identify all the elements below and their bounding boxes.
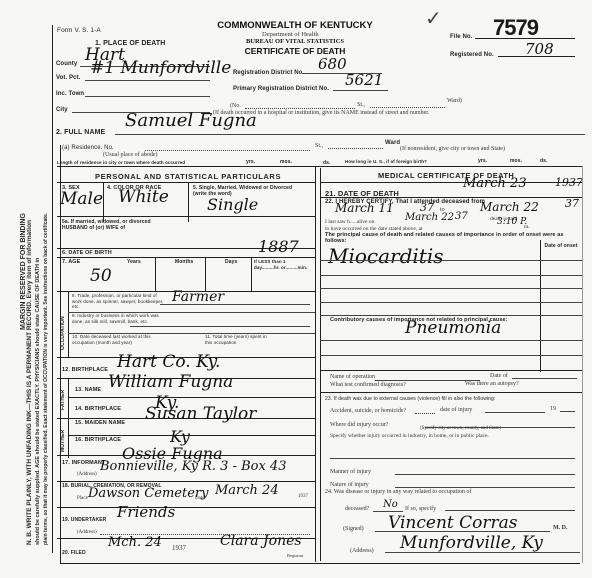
birthplace-label: 12. BIRTHPLACE xyxy=(62,367,108,373)
instruction-line-3: plain terms, so that it may be properly … xyxy=(43,213,49,545)
date-last-worked-label: 10. Date deceased last worked at this oc… xyxy=(72,334,167,345)
date-of-label: Date of xyxy=(490,373,508,379)
spouse-label: 5a. If married, widowed, or divorced HUS… xyxy=(62,219,172,231)
color-race-value: White xyxy=(118,187,169,207)
mother-maiden-label: 15. MAIDEN NAME xyxy=(75,420,125,426)
instruction-line-2: should be carefully supplied. AGE should… xyxy=(35,258,41,545)
where-injury-label: Where did injury occur? xyxy=(330,422,388,428)
age-years-label: Years xyxy=(127,259,141,265)
instruction-line-1: N. B. WRITE PLAINLY, WITH UNFADING INK—T… xyxy=(26,220,33,545)
occupation-side-label: OCCUPATION xyxy=(60,316,66,350)
time-of-death-value: 3:10 P. xyxy=(497,217,527,227)
attended-to-value: March 22 xyxy=(480,200,539,214)
principal-cause-label: The principal cause of death and related… xyxy=(325,232,575,244)
filed-label: 20. FILED xyxy=(62,550,86,556)
undertaker-label: 19. UNDERTAKER xyxy=(62,517,106,523)
occupation-related-label: 24. Was disease or injury in any way rel… xyxy=(325,489,471,495)
mother-birthplace-label: 16. BIRTHPLACE xyxy=(75,437,121,443)
yrs-label: yrs. xyxy=(246,159,255,165)
us-yrs-label: yrs. xyxy=(478,158,487,164)
length-residence-label: Length of residence in city or town wher… xyxy=(57,160,185,165)
full-name-label: 2. FULL NAME xyxy=(56,129,105,136)
primary-registration-label: Primary Registration District No. xyxy=(233,86,329,92)
registration-district-value: 680 xyxy=(318,55,347,73)
father-name-value: William Fugna xyxy=(108,372,233,392)
no-label: (No. xyxy=(230,103,241,109)
physician-address-value: Munfordville, Ky xyxy=(400,533,543,553)
specify-place-label: Specify whether injury occurred in indus… xyxy=(330,433,575,439)
us-ds-label: ds. xyxy=(540,158,548,164)
attended-to-year: 37 xyxy=(565,197,579,210)
us-mos-label: mos. xyxy=(510,158,522,164)
informant-address-value: Bonnieville, Ky R. 3 - Box 43 xyxy=(100,459,286,474)
informant-label: 17. INFORMANT xyxy=(62,460,105,466)
date-of-death-value: March 23 xyxy=(463,176,527,191)
principal-cause-value: Miocarditis xyxy=(328,244,444,268)
last-saw-value: March 22 xyxy=(405,212,454,223)
year-19-label: 19 xyxy=(550,406,556,412)
ward-label: Ward) xyxy=(447,98,462,104)
industry-label: 9. Industry or business in which work wa… xyxy=(72,313,167,324)
personal-heading: PERSONAL AND STATISTICAL PARTICULARS xyxy=(95,172,281,181)
contributory-value: Pneumonia xyxy=(405,318,501,338)
filed-date-value: Mch. 24 xyxy=(108,535,162,550)
date-injury-label: date of injury xyxy=(440,407,472,413)
inc-town-label: Inc. Town xyxy=(56,91,84,97)
attended-from-value: March 11 xyxy=(335,201,394,215)
where-note: (Specify city or town, county, and State… xyxy=(420,426,501,431)
last-saw-year: 37 xyxy=(455,211,468,222)
operation-label: Name of operation xyxy=(330,374,375,380)
m-label: m. xyxy=(524,224,530,230)
filed-year-value: 1937 xyxy=(172,544,186,552)
registration-district-label: Registration District No. xyxy=(233,70,304,76)
residence-ward-label: Ward xyxy=(385,140,400,146)
burial-year-value: 1937 xyxy=(298,494,308,499)
burial-place-value: Dawson Cemetery xyxy=(88,486,208,501)
father-side-label: FATHER xyxy=(60,390,66,410)
autopsy-label: Was there an autopsy? xyxy=(465,381,519,387)
date-of-birth-label: 6. DATE OF BIRTH xyxy=(62,250,112,256)
birthplace-value: Hart Co. Ky. xyxy=(117,352,220,372)
st-label: St., xyxy=(357,102,365,108)
burial-date-value: March 24 xyxy=(215,483,279,498)
manner-injury-label: Manner of injury xyxy=(330,469,371,475)
age-less-label: If LESS than 1 day.........hr. or.......… xyxy=(254,259,312,271)
external-causes-label: 23. If death was due to external causes … xyxy=(325,396,495,402)
age-months-label: Months xyxy=(175,259,193,265)
registrar-signature: Clara Jones xyxy=(220,533,302,549)
occupation-related-value: No xyxy=(383,499,398,510)
father-birthplace-label: 14. BIRTHPLACE xyxy=(75,406,121,412)
form-number: Form V. S. 1-A xyxy=(57,27,101,34)
father-name-label: 13. NAME xyxy=(75,387,101,393)
residence-sub: (Usual place of abode) xyxy=(103,152,157,158)
accident-label: Accident, suicide, or homicide? xyxy=(330,408,406,414)
registered-no-label: Registered No. xyxy=(450,52,494,58)
death-year-value: 1937 xyxy=(555,176,583,189)
mother-side-label: MOTHER xyxy=(60,430,66,452)
file-no-label: File No. xyxy=(450,34,472,40)
informant-address-label: (Address) xyxy=(77,472,97,477)
primary-registration-value: 5621 xyxy=(345,71,383,89)
physician-address-label: (Address) xyxy=(350,548,374,554)
test-confirmed-label: What test confirmed diagnosis? xyxy=(330,382,406,388)
registrar-label: Registrar xyxy=(287,553,304,558)
total-time-label: 11. Total time (years) spent in this occ… xyxy=(205,334,275,345)
residence-st-label: St., xyxy=(315,143,323,149)
us-residence-label: How long in U. S., if of foreign birth? xyxy=(345,159,427,164)
deceased-label: deceased? xyxy=(345,506,369,512)
mother-maiden-value: Susan Taylor xyxy=(145,404,256,424)
undertaker-address-label: (Address) xyxy=(77,530,97,535)
trade-value: Farmer xyxy=(172,289,224,305)
date-onset-label: Date of onset xyxy=(544,243,578,249)
md-label: M. D. xyxy=(553,525,568,531)
trade-label: 8. Trade, profession, or particular kind… xyxy=(72,293,167,310)
date-of-birth-value: 1887 xyxy=(258,237,299,256)
vot-pct-value: #1 Munfordville xyxy=(90,58,231,78)
age-value: 50 xyxy=(90,266,112,286)
sex-value: Male xyxy=(60,189,103,209)
age-days-label: Days xyxy=(225,259,237,265)
full-name-value: Samuel Fugna xyxy=(125,110,257,131)
nature-injury-label: Nature of injury xyxy=(330,482,369,488)
if-so-label: If so, specify xyxy=(405,506,436,512)
mos-label: mos. xyxy=(280,159,292,165)
signed-label: (Signed) xyxy=(343,526,364,532)
marital-status-value: Single xyxy=(207,195,258,214)
city-label: City xyxy=(56,107,68,113)
certificate-title: CERTIFICATE OF DEATH xyxy=(220,46,370,56)
last-saw-label: I last saw h.....alive on xyxy=(325,219,374,225)
residence-label: (a) Residence. No. xyxy=(62,145,114,151)
vot-pct-label: Vot. Pct. xyxy=(56,75,80,81)
county-label: County xyxy=(56,61,77,67)
bureau-name: BUREAU OF VITAL STATISTICS xyxy=(220,38,370,45)
burial-date-label: Date xyxy=(195,496,204,501)
department-name: Department of Health xyxy=(262,31,319,38)
burial-place-label: Place xyxy=(77,496,88,501)
age-label: 7. AGE xyxy=(62,259,80,265)
check-mark-icon: ✓ xyxy=(425,6,442,30)
state-title: COMMONWEALTH OF KENTUCKY xyxy=(210,20,380,31)
physician-signature: Vincent Corras xyxy=(388,513,517,533)
undertaker-value: Friends xyxy=(117,503,175,521)
nonresident-note: (If nonresident, give city or town and S… xyxy=(400,146,505,152)
